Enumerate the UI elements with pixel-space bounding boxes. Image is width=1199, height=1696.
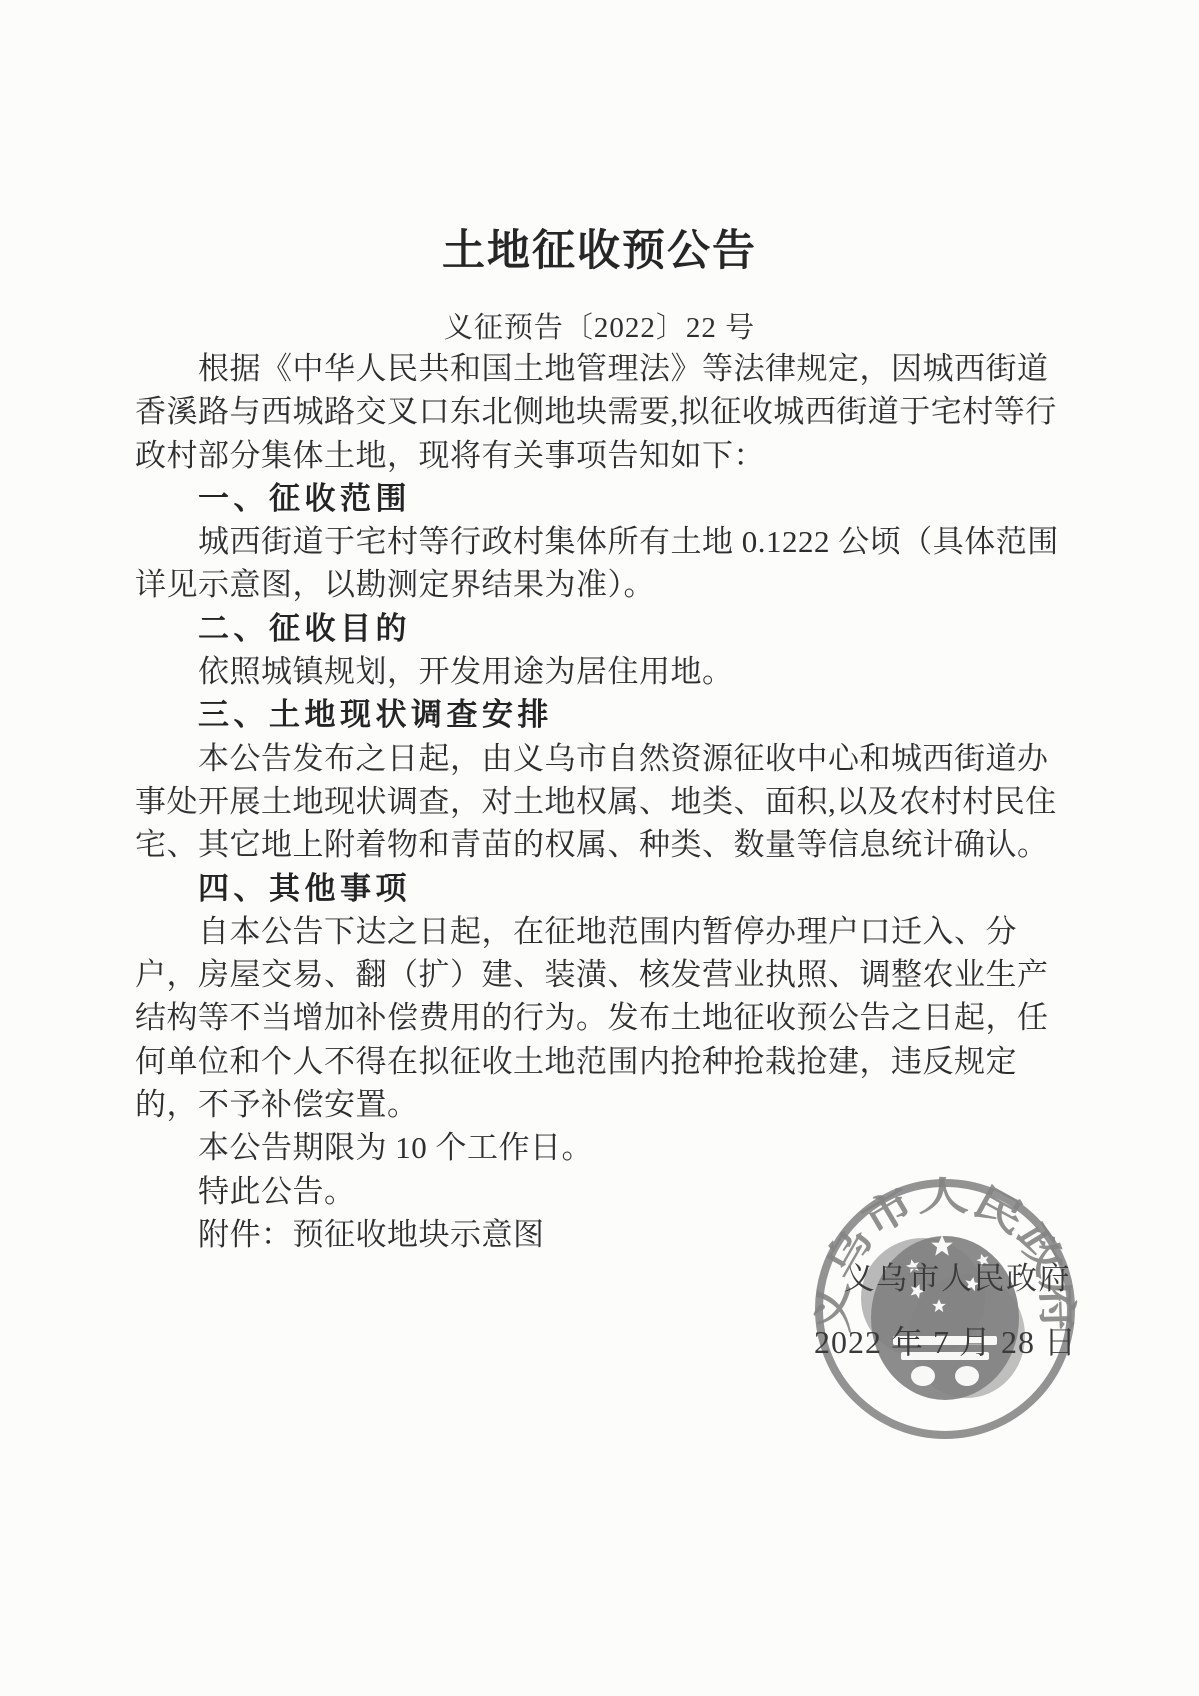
announcement-document: 土地征收预公告 义征预告〔2022〕22 号 根据《中华人民共和国土地管理法》等… [0,0,1199,1696]
body-line: 城西街道于宅村等行政村集体所有土地 0.1222 公顷（具体范围 [135,520,1085,563]
body-line: 宅、其它地上附着物和青苗的权属、种类、数量等信息统计确认。 [135,823,1085,866]
doc-number: 义征预告〔2022〕22 号 [0,310,1199,346]
page-title: 土地征收预公告 [0,226,1199,278]
body-line: 自本公告下达之日起，在征地范围内暂停办理户口迁入、分 [135,910,1085,953]
body-line: 依照城镇规划，开发用途为居住用地。 [135,650,1085,693]
body-line: 根据《中华人民共和国土地管理法》等法律规定，因城西街道 [135,347,1085,390]
body-line: 政村部分集体土地，现将有关事项告知如下： [135,434,1085,477]
body-line: 事处开展土地现状调查，对土地权属、地类、面积,以及农村村民住 [135,780,1085,823]
official-seal-stamp: 义乌市人民政府 [795,1158,1095,1458]
body-line: 二、征收目的 [135,607,1085,650]
document-body: 根据《中华人民共和国土地管理法》等法律规定，因城西街道香溪路与西城路交叉口东北侧… [135,347,1085,1256]
body-line: 香溪路与西城路交叉口东北侧地块需要,拟征收城西街道于宅村等行 [135,390,1085,433]
body-line: 何单位和个人不得在拟征收土地范围内抢种抢栽抢建，违反规定 [135,1040,1085,1083]
body-line: 户，房屋交易、翻（扩）建、装潢、核发营业执照、调整农业生产 [135,953,1085,996]
body-line: 结构等不当增加补偿费用的行为。发布土地征收预公告之日起，任 [135,996,1085,1039]
body-line: 四、其他事项 [135,867,1085,910]
signature-date: 2022 年 7 月 28 日 [814,1324,1077,1360]
signature-authority: 义乌市人民政府 [844,1262,1072,1296]
national-emblem-icon [861,1235,1025,1400]
body-line: 三、土地现状调查安排 [135,693,1085,736]
body-line: 的，不予补偿安置。 [135,1083,1085,1126]
body-line: 本公告发布之日起，由义乌市自然资源征收中心和城西街道办 [135,737,1085,780]
body-line: 一、征收范围 [135,477,1085,520]
body-line: 详见示意图，以勘测定界结果为准）。 [135,563,1085,606]
